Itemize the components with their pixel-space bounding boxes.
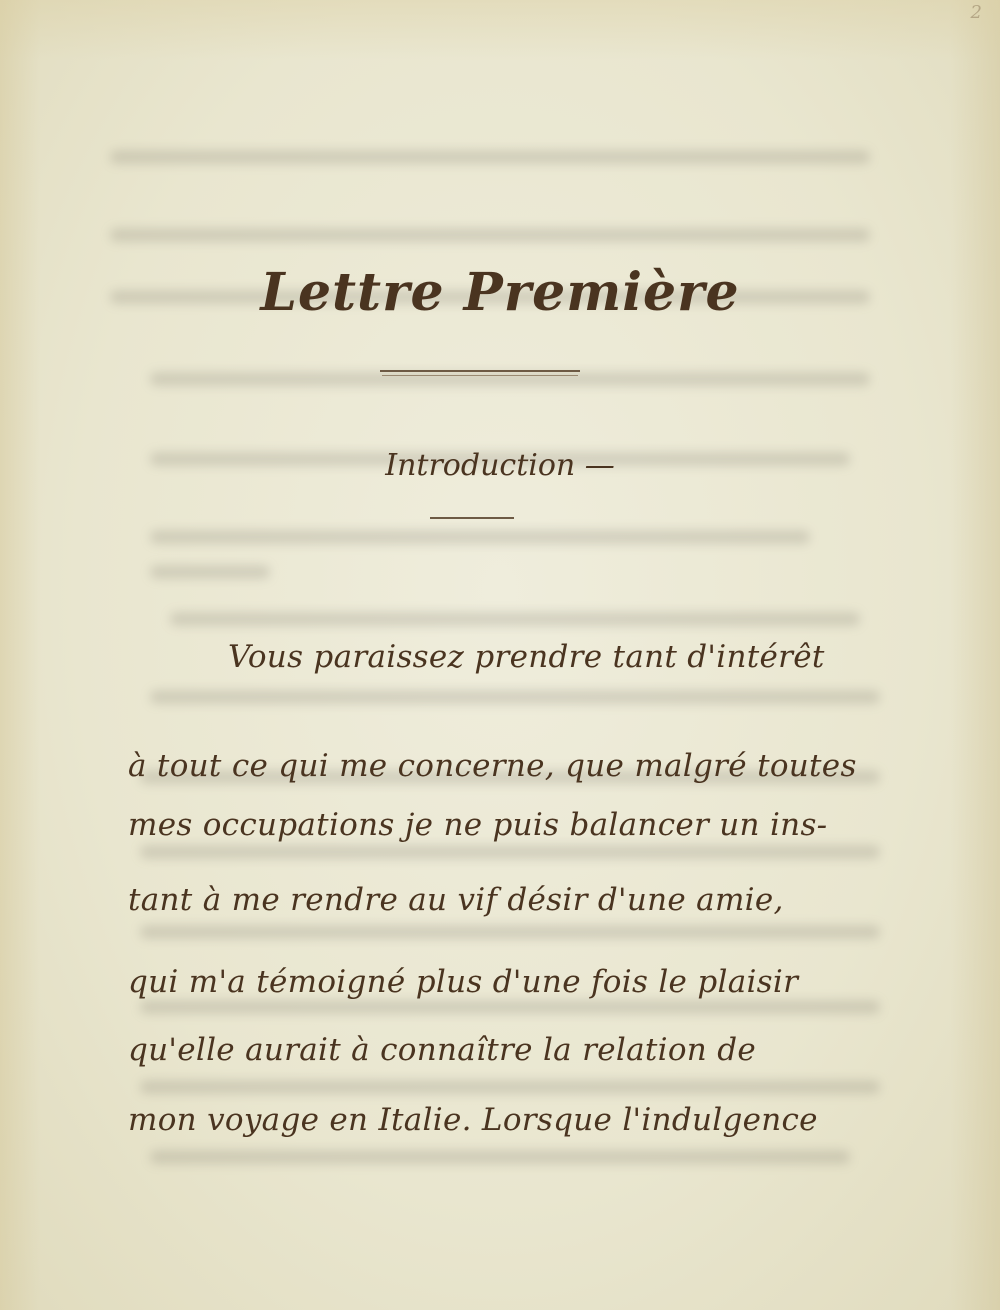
bleed-through-line: [110, 228, 870, 242]
bleed-through-line: [170, 612, 860, 626]
page-edge-toning-left: [0, 0, 40, 1310]
body-text-line: mes occupations je ne puis balancer un i…: [128, 805, 888, 845]
body-text-line: qui m'a témoigné plus d'une fois le plai…: [128, 962, 888, 1002]
heading-underline-rule: [430, 517, 514, 519]
bleed-through-line: [140, 845, 880, 859]
body-text-line: qu'elle aurait à connaître la relation d…: [128, 1030, 888, 1070]
bleed-through-line: [150, 565, 270, 579]
page-edge-toning-top: [0, 0, 1000, 60]
bleed-through-line: [150, 530, 810, 544]
page-number: 2: [971, 2, 982, 23]
bleed-through-line: [140, 1080, 880, 1094]
body-text-line: à tout ce qui me concerne, que malgré to…: [128, 746, 888, 786]
title-underline-rule-secondary: [382, 375, 578, 376]
body-text-line: tant à me rendre au vif désir d'une amie…: [128, 880, 888, 920]
manuscript-page: 2 Lettre Première Introduction — Vous pa…: [0, 0, 1000, 1310]
body-text-line: Vous paraissez prendre tant d'intérêt: [228, 637, 988, 677]
title-underline-rule: [380, 370, 580, 372]
bleed-through-line: [140, 1000, 880, 1014]
bleed-through-line: [110, 150, 870, 164]
bleed-through-line: [150, 690, 880, 704]
body-text-line: mon voyage en Italie. Lorsque l'indulgen…: [128, 1100, 888, 1140]
bleed-through-line: [150, 1150, 850, 1164]
section-heading: Introduction —: [0, 448, 1000, 483]
letter-title: Lettre Première: [0, 262, 1000, 323]
bleed-through-line: [140, 925, 880, 939]
